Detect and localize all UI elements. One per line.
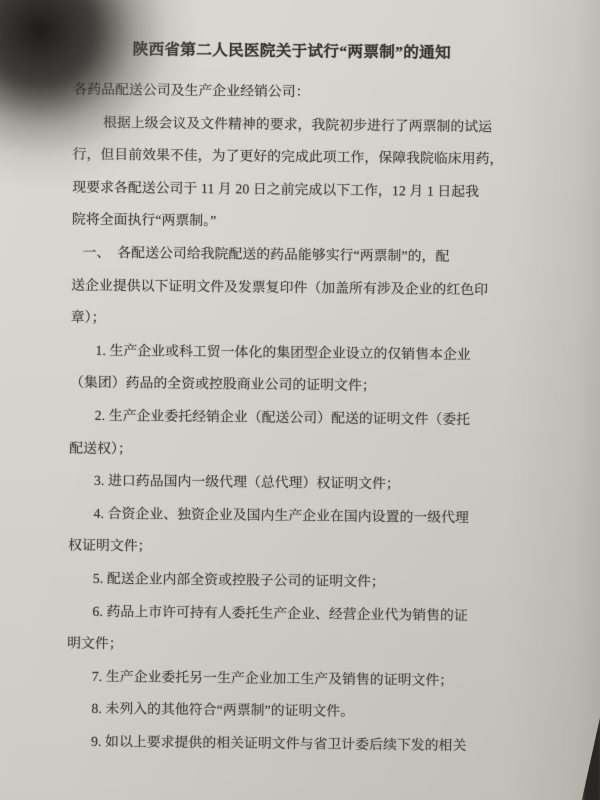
item-6-line: 6. 药品上市许可持有人委托生产企业、经营企业代为销售的证 bbox=[67, 595, 503, 633]
item-9-line: 9. 如以上要求提供的相关证明文件与省卫计委后续下发的相关 bbox=[66, 725, 502, 763]
item-8-line: 8. 未列入的其他符合“两票制”的证明文件。 bbox=[66, 693, 502, 731]
section-one-line: 一、 各配送公司给我院配送的药品能够实行“两票制”的，配 bbox=[71, 237, 507, 275]
item-2-line: 配送权）； bbox=[69, 432, 505, 470]
item-5-line: 5. 配送企业内部全资或控股子公司的证明文件； bbox=[68, 562, 504, 600]
item-1-line: （集团）药品的全资或控股商业公司的证明文件； bbox=[70, 367, 506, 405]
section-one-line: 送企业提供以下证明文件及发票复印件（加盖所有涉及企业的红色印 bbox=[71, 269, 507, 307]
salutation-line: 各药品配送公司及生产企业经销公司： bbox=[73, 74, 509, 112]
document-photo: 陕西省第二人民医院关于试行“两票制”的通知 各药品配送公司及生产企业经销公司： … bbox=[0, 0, 600, 800]
intro-line: 根据上级会议及文件精神的要求，我院初步进行了两票制的试运 bbox=[73, 106, 509, 144]
section-one-line: 章）； bbox=[71, 302, 507, 340]
item-2-line: 2. 生产企业委托经销企业（配送公司）配送的证明文件（委托 bbox=[70, 400, 506, 438]
intro-line: 现要求各配送公司于 11 月 20 日之前完成以下工作，12 月 1 日起我 bbox=[72, 171, 508, 209]
intro-line: 院将全面执行“两票制。” bbox=[72, 204, 508, 242]
document-title: 陕西省第二人民医院关于试行“两票制”的通知 bbox=[74, 35, 510, 70]
item-7-line: 7. 生产企业委托另一生产企业加工生产及销售的证明文件； bbox=[67, 660, 503, 698]
item-4-line: 权证明文件； bbox=[68, 530, 504, 568]
item-6-line: 明文件； bbox=[67, 628, 503, 666]
item-1-line: 1. 生产企业或科工贸一体化的集团型企业设立的仅销售本企业 bbox=[70, 334, 506, 372]
notice-page: 陕西省第二人民医院关于试行“两票制”的通知 各药品配送公司及生产企业经销公司： … bbox=[66, 35, 510, 763]
paper-edge-shadow bbox=[581, 704, 600, 800]
item-4-line: 4. 合资企业、独资企业及国内生产企业在国内设置的一级代理 bbox=[68, 497, 504, 535]
item-3-line: 3. 进口药品国内一级代理（总代理）权证明文件； bbox=[69, 465, 505, 503]
intro-line: 行，但目前效果不佳，为了更好的完成此项工作，保障我院临床用药， bbox=[72, 139, 508, 177]
